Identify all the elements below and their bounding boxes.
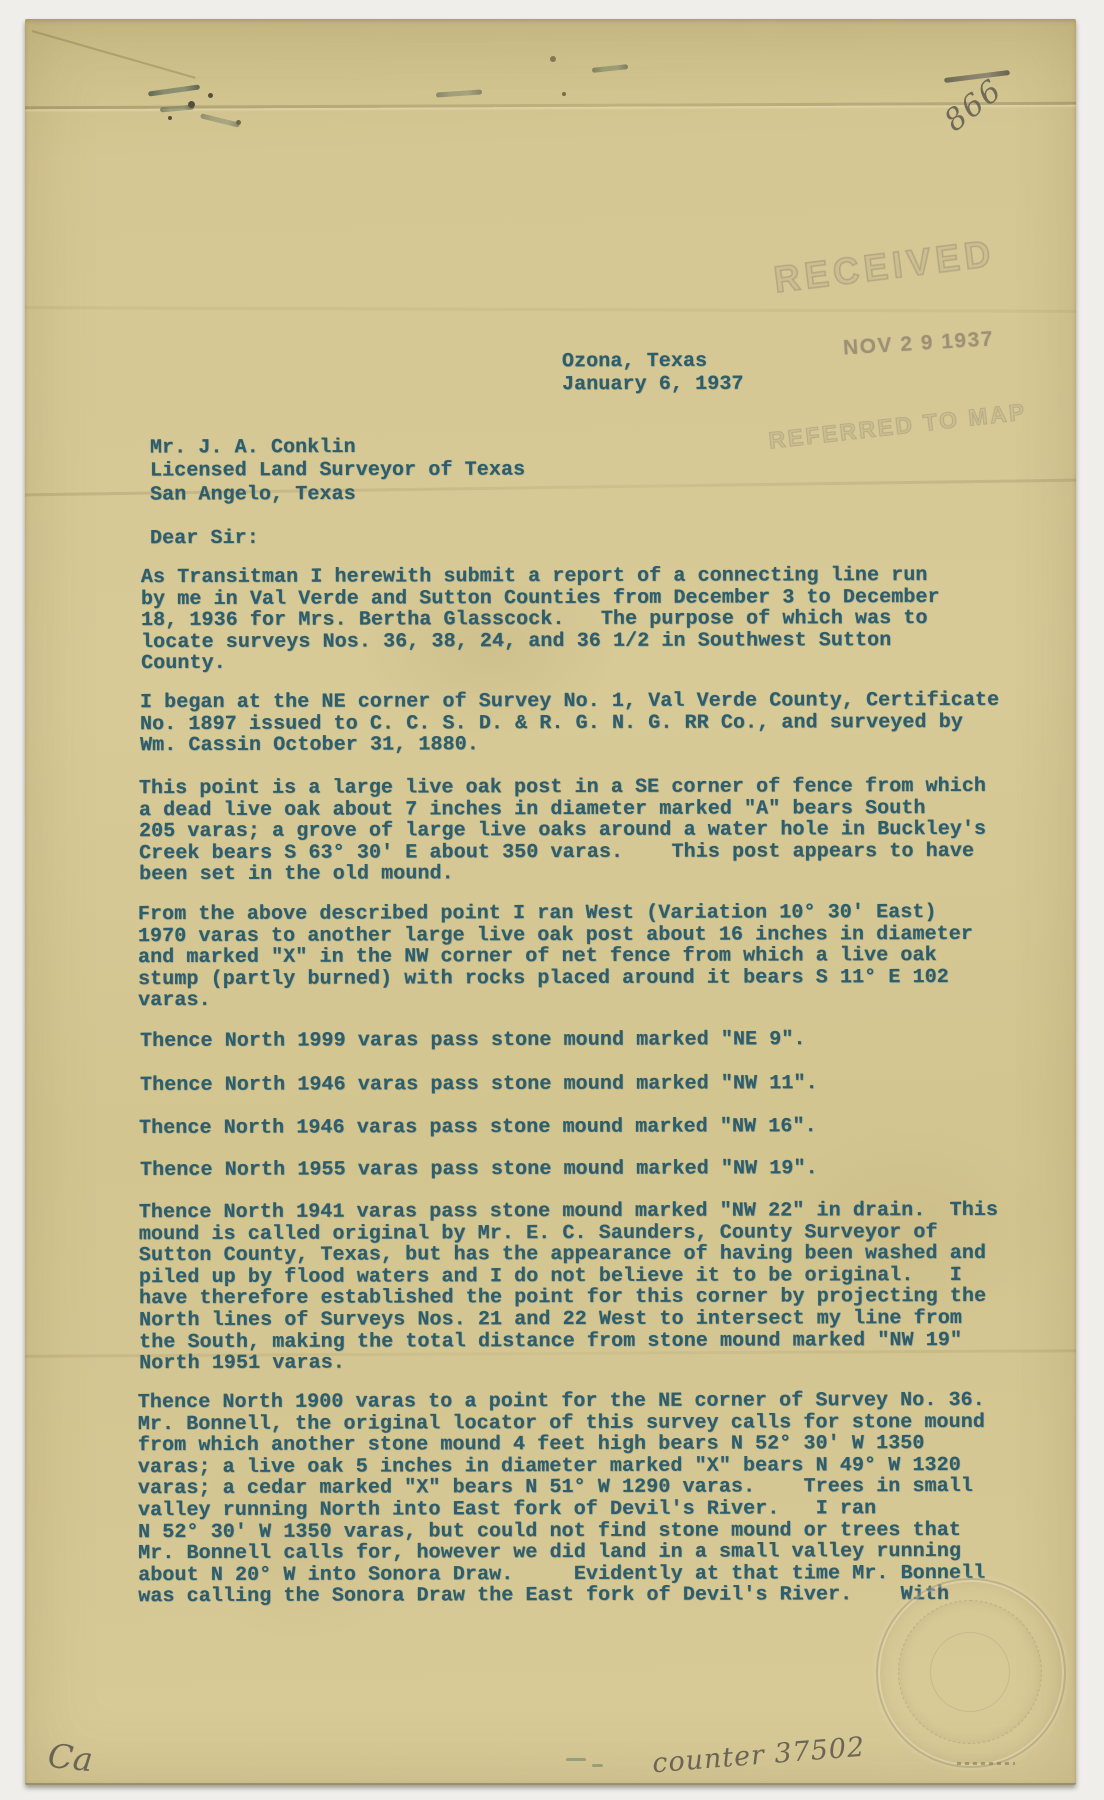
thence-line-ne9: Thence North 1999 varas pass stone mound… xyxy=(140,1029,806,1052)
salutation: Dear Sir: xyxy=(150,528,259,550)
paragraph-point-description: This point is a large live oak post in a… xyxy=(139,776,986,886)
pencil-dash xyxy=(566,1758,586,1761)
ink-speck xyxy=(562,92,566,96)
paragraph-began-at-ne-corner: I began at the NE corner of Survey No. 1… xyxy=(140,690,999,757)
scan-background: RECEIVED NOV 2 9 1937 REFERRED TO MAP 86… xyxy=(0,0,1104,1800)
recipient-line: San Angelo, Texas xyxy=(150,483,356,507)
paragraph-nw22-drain: Thence North 1941 varas pass stone mound… xyxy=(139,1200,999,1375)
paragraph-ran-west: From the above described point I ran Wes… xyxy=(138,902,973,1012)
recipient-line: Licensed Land Surveyor of Texas xyxy=(150,459,525,483)
recipient-address: Mr. J. A. Conklin Licensed Land Surveyor… xyxy=(150,436,525,507)
ink-speck xyxy=(168,116,172,120)
thence-line-nw11: Thence North 1946 varas pass stone mound… xyxy=(140,1073,818,1096)
recipient-line: Mr. J. A. Conklin xyxy=(150,436,356,460)
dateline: Ozona, Texas January 6, 1937 xyxy=(562,350,744,397)
embossed-mark xyxy=(957,1762,1015,1765)
ink-speck xyxy=(550,56,556,62)
ink-speck xyxy=(208,93,213,98)
paragraph-report-intro: As Transitman I herewith submit a report… xyxy=(141,565,940,675)
thence-line-nw16: Thence North 1946 varas pass stone mound… xyxy=(139,1116,817,1139)
ink-speck xyxy=(236,120,241,125)
paragraph-survey-36-corner: Thence North 1900 varas to a point for t… xyxy=(138,1390,986,1608)
thence-line-nw19: Thence North 1955 varas pass stone mound… xyxy=(140,1158,818,1181)
pencil-dash xyxy=(592,1764,603,1767)
ink-speck xyxy=(188,101,195,108)
handwritten-initials: Ca xyxy=(46,1736,95,1779)
